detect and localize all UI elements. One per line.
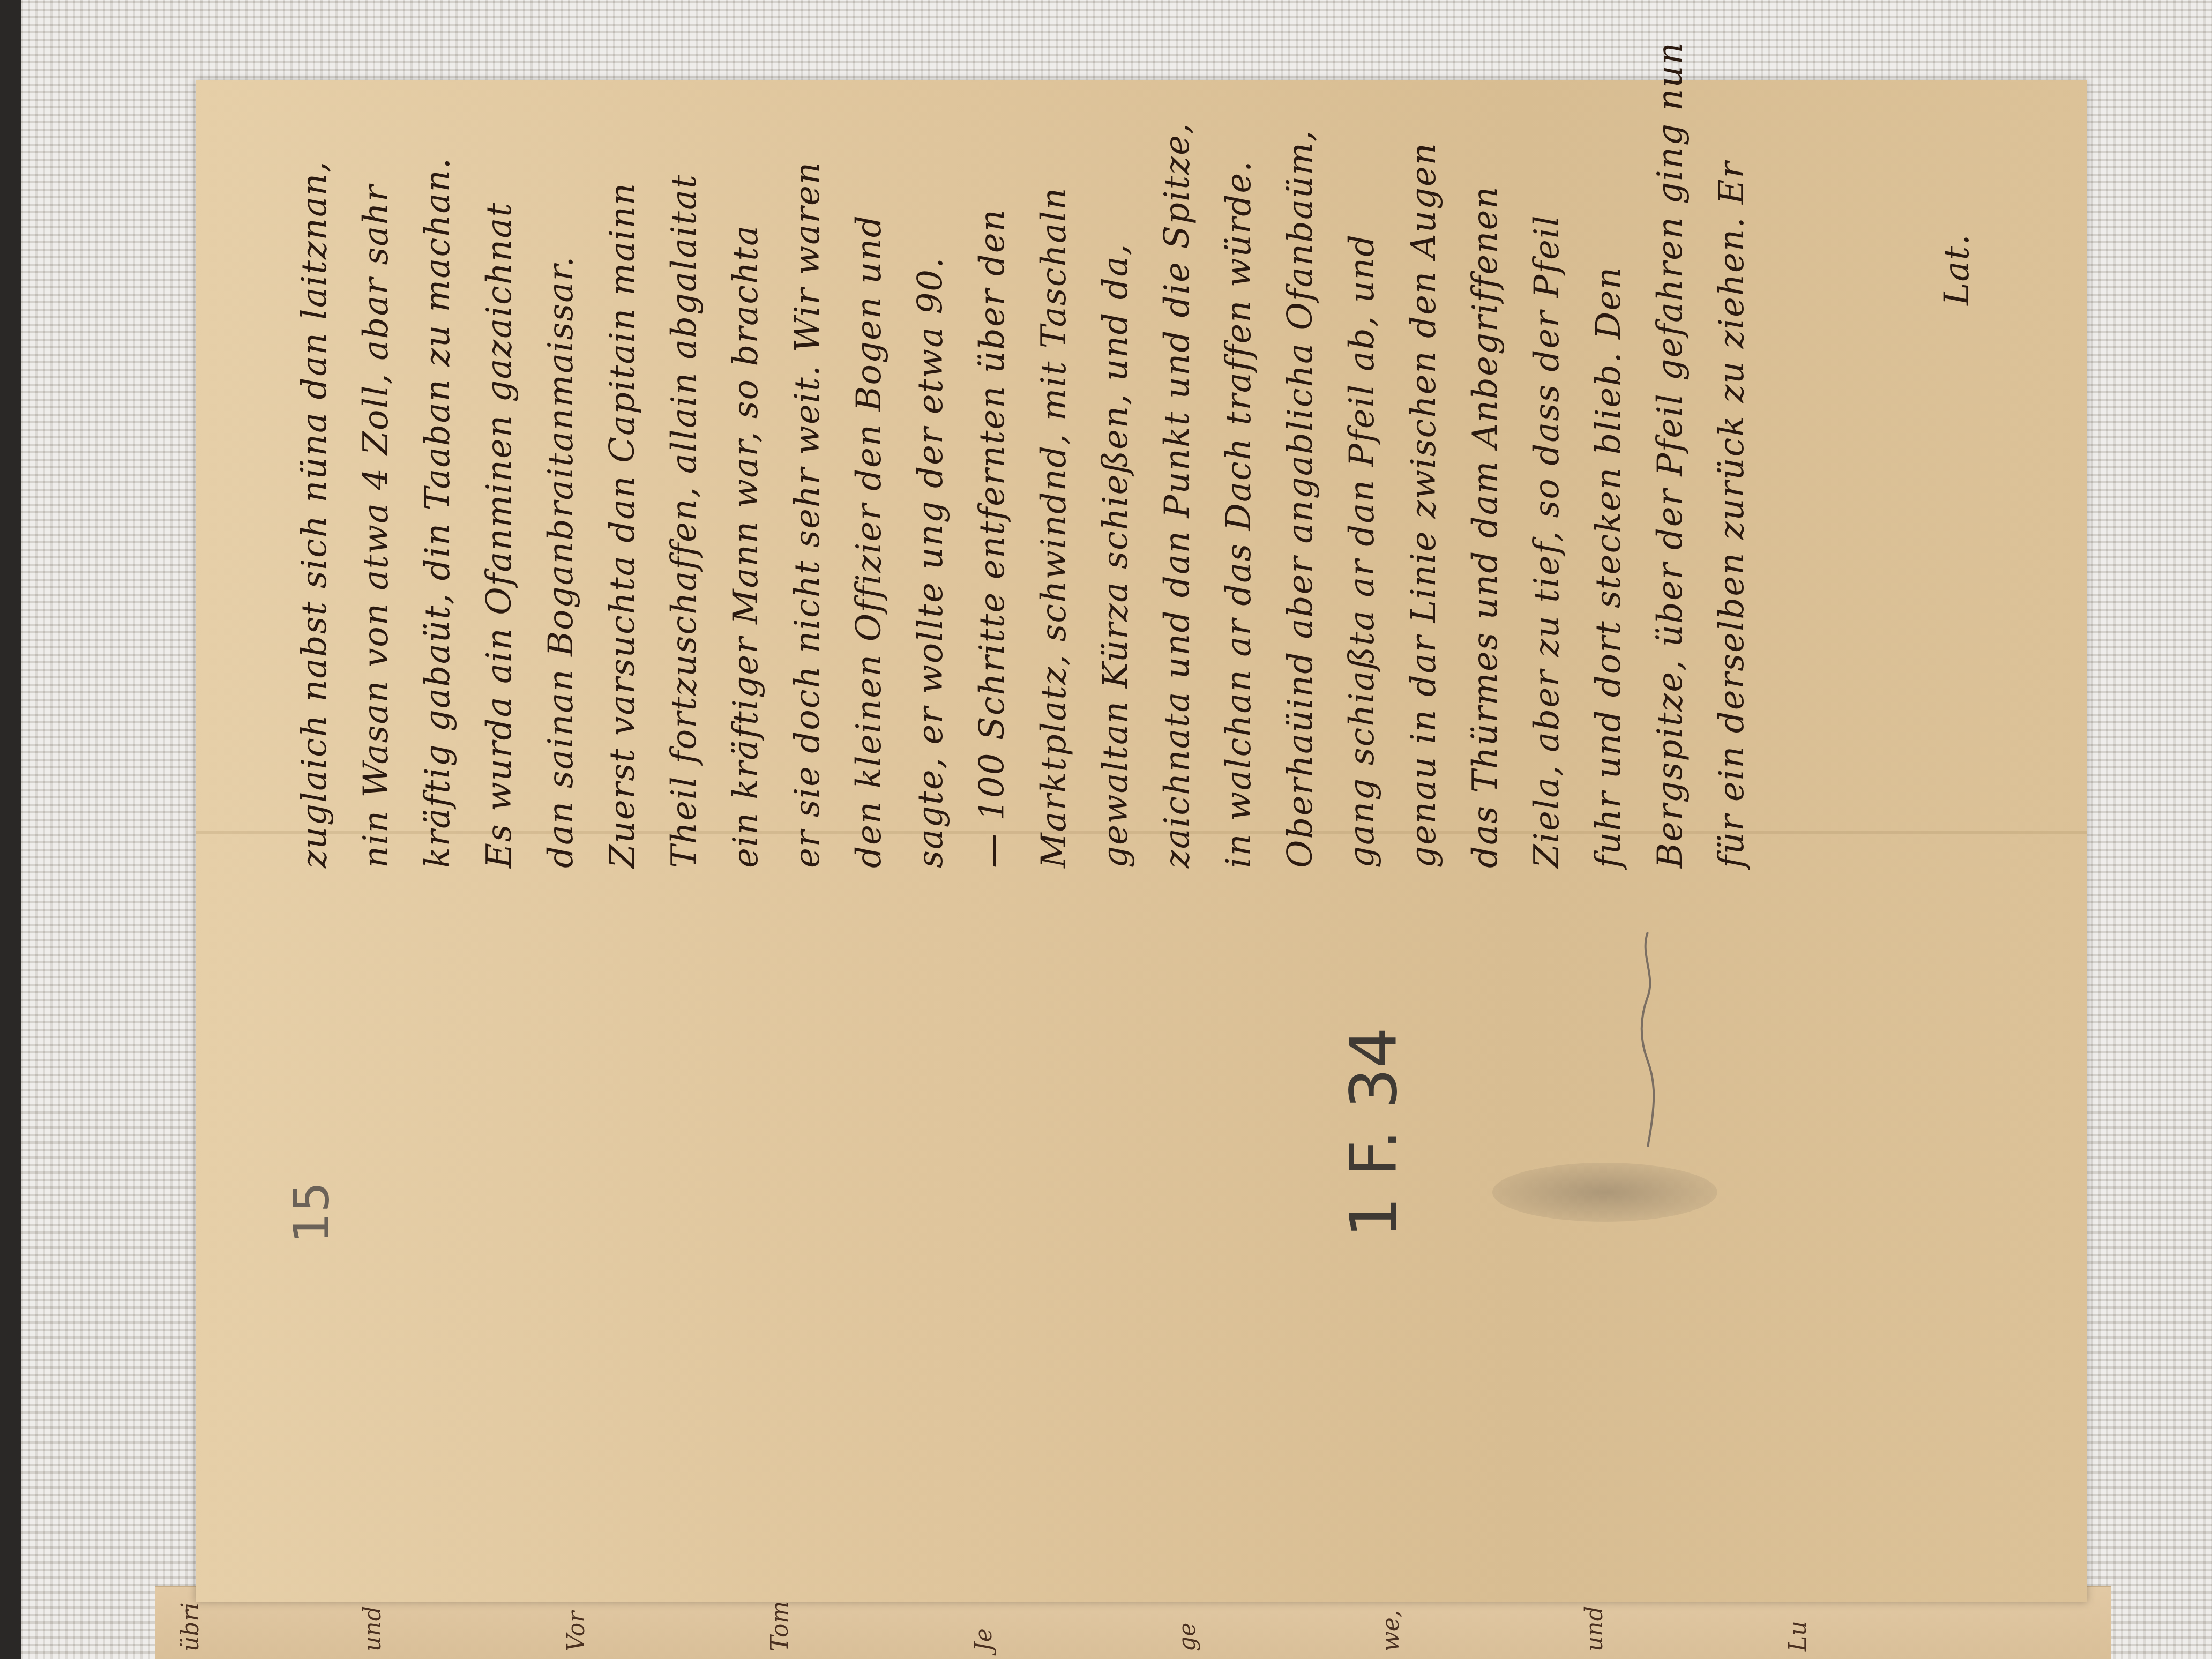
underpage-fragment: Vor xyxy=(563,1611,590,1651)
underpage-fragment: we, xyxy=(1377,1610,1404,1651)
underpage-fragment: übri xyxy=(177,1602,204,1651)
text-line: das Thürmes und dam Anbegriffenen xyxy=(1466,185,1505,868)
text-line: — 100 Schritte entfernten über den xyxy=(973,208,1012,868)
text-line: Theil fortzuschaffen, allain abgalaitat xyxy=(664,174,704,868)
text-line: für ein derselben zurück zu ziehen. Er xyxy=(1712,161,1752,868)
text-line: dan sainan Boganbraitanmaissar. xyxy=(541,256,581,868)
pencil-archive-reference: 1 F. 34 xyxy=(1337,1027,1411,1238)
text-line: zuglaich nabst sich nüna dan laitznan, xyxy=(295,160,334,868)
text-line: Es wurda ain Ofanminen gazaichnat xyxy=(480,202,519,868)
underpage-fragment: ge xyxy=(1174,1623,1201,1651)
text-line: in walchan ar das Dach traffen würde. xyxy=(1219,160,1259,868)
text-line: sagte, er wollte ung der etwa 90. xyxy=(911,257,951,868)
text-line: zaichnata und dan Punkt und die Spitze, xyxy=(1157,122,1197,868)
underpage-fragment: und xyxy=(359,1606,386,1651)
text-line: er sie doch nicht sehr weit. Wir waren xyxy=(788,161,827,868)
text-line: gewaltan Kürza schießen, und da, xyxy=(1096,243,1135,868)
text-line: ein kräftiger Mann war, so brachta xyxy=(726,225,766,868)
underpage-fragment: Je xyxy=(970,1628,997,1651)
underpage-fragment: Lu xyxy=(1784,1620,1812,1651)
pencil-smudge xyxy=(1492,1163,1717,1222)
text-line: genau in dar Linie zwischen den Augen xyxy=(1404,142,1444,868)
text-line: Ziela, aber zu tief, so dass der Pfeil xyxy=(1527,214,1567,868)
handwritten-text-block: zuglaich nabst sich nüna dan laitznan, n… xyxy=(196,80,2087,1602)
text-line: Zuerst varsuchta dan Capitain mainn xyxy=(603,182,642,868)
text-line: kräftig gabaüt, din Taaban zu machan. xyxy=(418,157,458,868)
underpage-fragment: und xyxy=(1581,1606,1608,1651)
text-line-closing: Lat. xyxy=(1937,233,1977,305)
text-line: nin Wasan von atwa 4 Zoll, abar sahr xyxy=(356,184,396,868)
dark-table-edge xyxy=(0,0,21,1659)
text-line: den kleinen Offizier den Bogen und xyxy=(849,214,889,868)
pencil-wavy-line-mark xyxy=(1637,932,1658,1147)
text-line: fuhr und dort stecken blieb. Den xyxy=(1589,266,1628,868)
text-line: Bergspitze, über der Pfeil gefahren ging… xyxy=(1650,41,1690,868)
text-line: Oberhaüind aber angablicha Ofanbaüm, xyxy=(1281,130,1320,868)
text-line: Marktplatz, schwindnd, mit Taschaln xyxy=(1034,186,1074,868)
pencil-page-number: 15 xyxy=(284,1182,340,1243)
manuscript-page: zuglaich nabst sich nüna dan laitznan, n… xyxy=(196,80,2087,1602)
text-line: gang schiaßta ar dan Pfeil ab, und xyxy=(1342,234,1382,868)
underpage-fragment: Tom xyxy=(766,1601,794,1651)
